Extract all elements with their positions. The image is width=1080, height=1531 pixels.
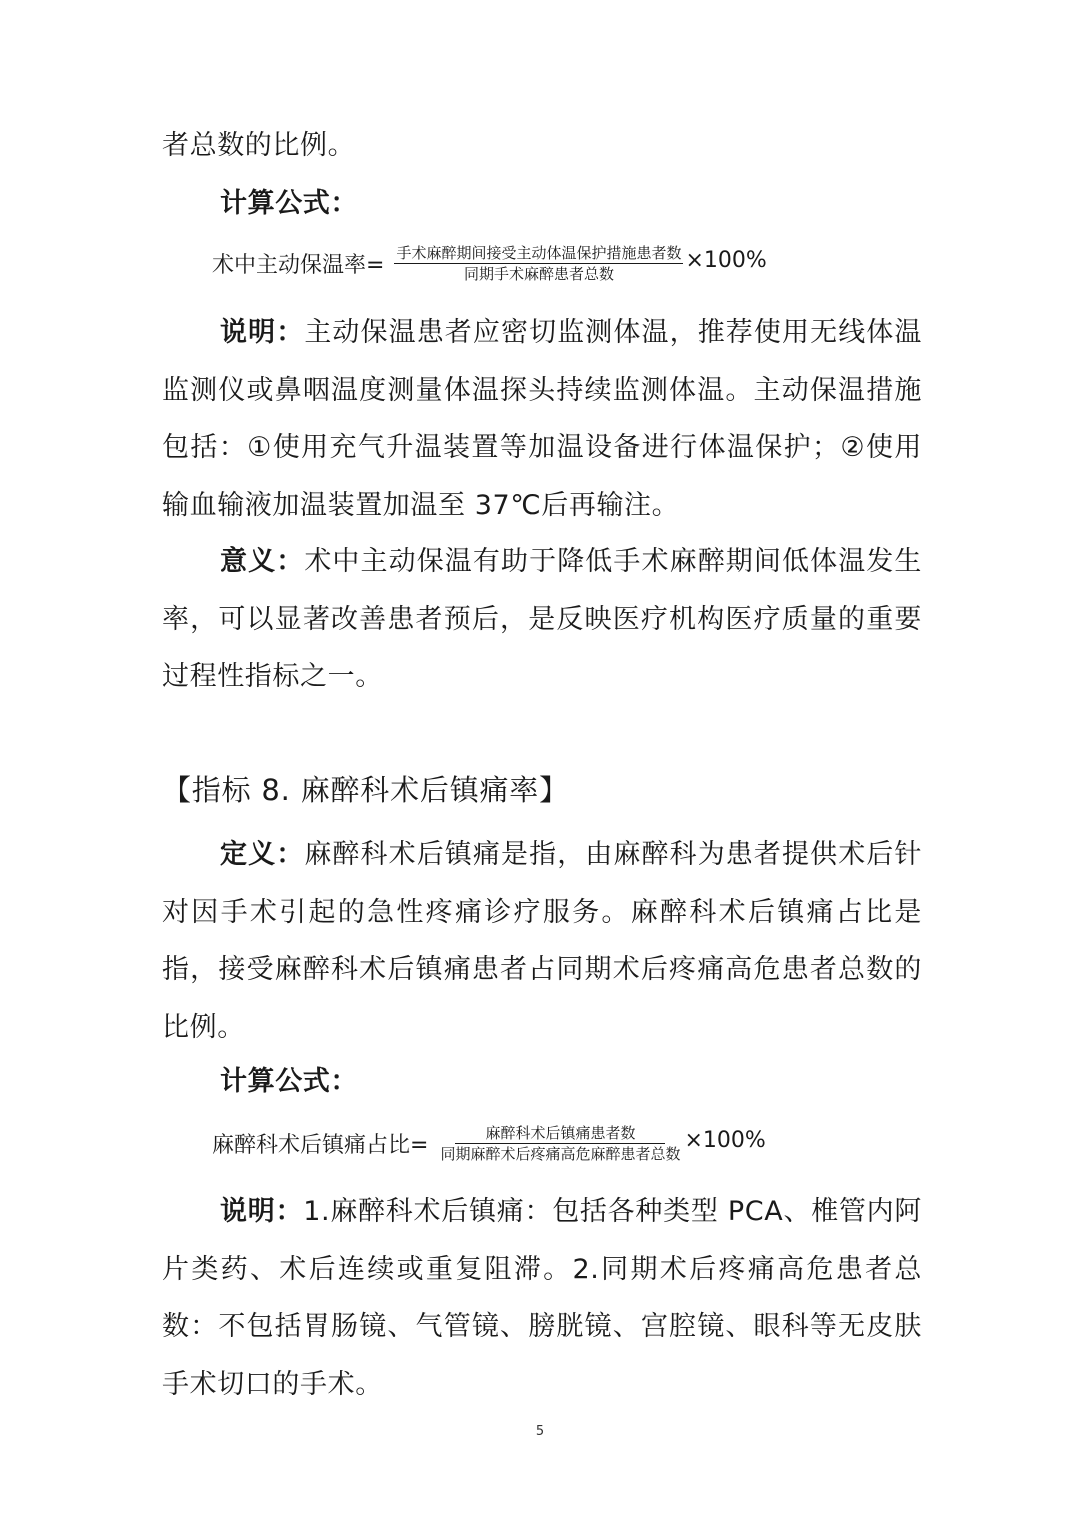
formula-label-8: 计算公式：	[162, 1053, 922, 1111]
formula-label-7: 计算公式：	[162, 175, 922, 233]
definition-paragraph-8: 定义：麻醉科术后镇痛是指，由麻醉科为患者提供术后针对因手术引起的急性疼痛诊疗服务…	[162, 826, 922, 1056]
formula-denominator: 同期麻醉术后疼痛高危麻醉患者总数	[438, 1144, 682, 1164]
formula-label-text: 计算公式：	[220, 188, 358, 219]
definition-continuation: 者总数的比例。	[162, 117, 922, 175]
meaning-label: 意义：	[220, 546, 304, 577]
section-heading-8: 【指标 8. 麻醉科术后镇痛率】	[162, 768, 569, 809]
formula-lhs: 术中主动保温率=	[212, 248, 384, 279]
formula-numerator: 手术麻醉期间接受主动体温保护措施患者数	[394, 243, 683, 264]
formula-label-text: 计算公式：	[220, 1066, 358, 1097]
note-label: 说明：	[220, 317, 304, 348]
note-paragraph-7: 说明：主动保温患者应密切监测体温，推荐使用无线体温监测仪或鼻咽温度测量体温探头持…	[162, 304, 922, 534]
meaning-paragraph-7: 意义：术中主动保温有助于降低手术麻醉期间低体温发生率，可以显著改善患者预后，是反…	[162, 533, 922, 706]
formula-active-warming-rate: 术中主动保温率= 手术麻醉期间接受主动体温保护措施患者数 同期手术麻醉患者总数 …	[212, 243, 767, 284]
formula-fraction: 手术麻醉期间接受主动体温保护措施患者数 同期手术麻醉患者总数	[394, 243, 683, 284]
formula-fraction: 麻醉科术后镇痛患者数 同期麻醉术后疼痛高危麻醉患者总数	[438, 1123, 682, 1164]
formula-multiplier: ×100%	[684, 1128, 765, 1153]
note-label: 说明：	[220, 1196, 303, 1227]
formula-postop-analgesia-ratio: 麻醉科术后镇痛占比= 麻醉科术后镇痛患者数 同期麻醉术后疼痛高危麻醉患者总数 ×…	[212, 1123, 766, 1164]
document-page: 者总数的比例。 计算公式： 术中主动保温率= 手术麻醉期间接受主动体温保护措施患…	[0, 0, 1080, 1531]
formula-denominator: 同期手术麻醉患者总数	[462, 264, 616, 284]
formula-numerator: 麻醉科术后镇痛患者数	[455, 1123, 665, 1144]
page-number: 5	[0, 1424, 1080, 1439]
formula-lhs: 麻醉科术后镇痛占比=	[212, 1128, 428, 1159]
note-paragraph-8: 说明：1.麻醉科术后镇痛：包括各种类型 PCA、椎管内阿片类药、术后连续或重复阻…	[162, 1183, 922, 1413]
definition-tail-text: 者总数的比例。	[162, 130, 355, 161]
definition-label: 定义：	[220, 839, 304, 870]
formula-multiplier: ×100%	[685, 248, 766, 273]
